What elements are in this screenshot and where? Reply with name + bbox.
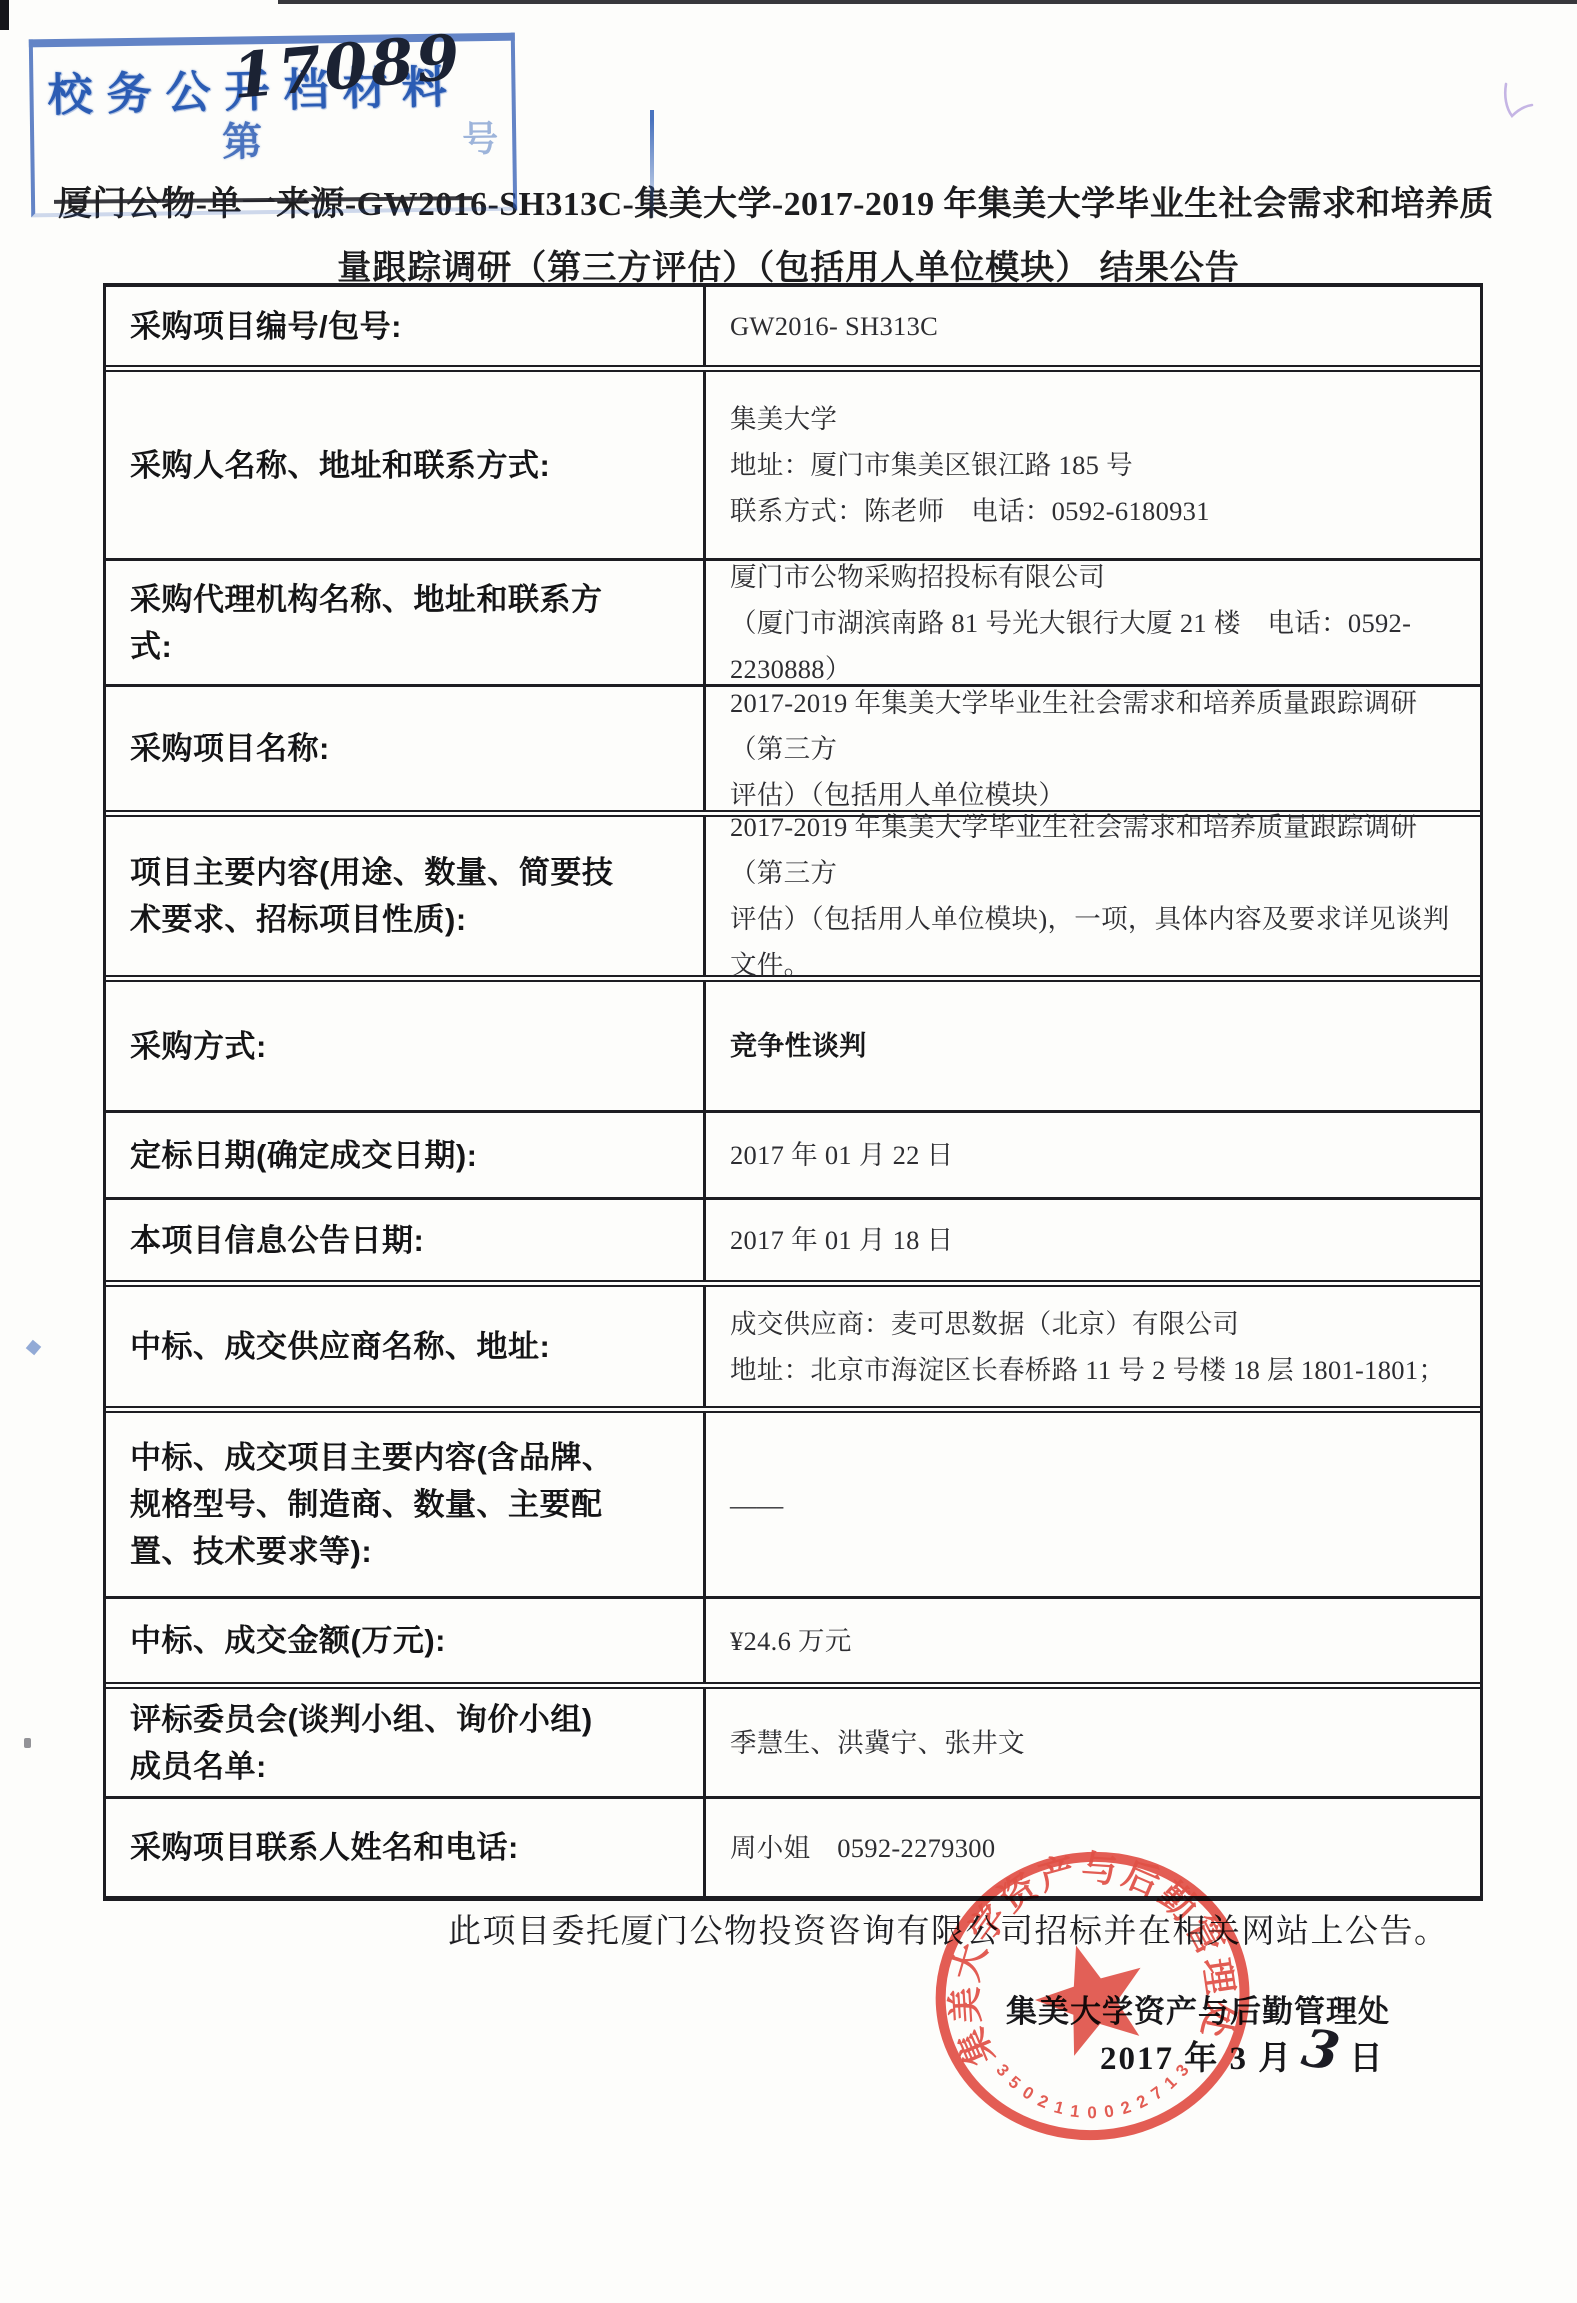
issue-date-suffix: 日 [1349,2032,1384,2079]
row-value: 2017-2019 年集美大学毕业生社会需求和培养质量跟踪调研（第三方 评估）（… [706,817,1480,975]
table-row: 采购项目名称: 2017-2019 年集美大学毕业生社会需求和培养质量跟踪调研（… [106,687,1480,817]
row-label: 项目主要内容(用途、数量、简要技 术要求、招标项目性质): [106,817,706,975]
table-row: 中标、成交金额(万元): ¥24.6 万元 [106,1599,1480,1689]
row-label: 定标日期(确定成交日期): [106,1113,706,1197]
row-label: 采购项目联系人姓名和电话: [106,1799,706,1896]
row-value: 成交供应商：麦可思数据（北京）有限公司 地址：北京市海淀区长春桥路 11 号 2… [706,1287,1480,1406]
row-label: 本项目信息公告日期: [106,1200,706,1280]
row-label: 采购代理机构名称、地址和联系方 式: [106,561,706,684]
handwritten-check-mark [1498,82,1534,122]
table-row: 本项目信息公告日期: 2017 年 01 月 18 日 [106,1200,1480,1287]
row-label: 中标、成交供应商名称、地址: [106,1287,706,1406]
row-value: 2017 年 01 月 22 日 [706,1113,1480,1197]
row-value: ¥24.6 万元 [706,1599,1480,1682]
row-label: 采购方式: [106,982,706,1110]
ink-streak [650,110,654,218]
row-value: GW2016- SH313C [706,287,1480,365]
row-value: 竞争性谈判 [706,982,1480,1110]
official-red-seal: 集美大学资产与后勤管理处 3502110022713 [915,1832,1271,2170]
seal-star-icon [1023,1929,1159,2062]
scanned-document-page: 校务公开档材料 第 号 17089 厦门公物-单一来源-GW2016-SH313… [0,0,1577,2303]
archive-stamp-number-prefix: 第 [222,110,263,168]
ink-speck [26,1340,41,1355]
row-label: 采购项目名称: [106,687,706,810]
ink-speck [24,1738,31,1748]
scan-edge-artifact [278,0,1577,4]
document-title-line2: 量跟踪调研（第三方评估）（包括用人单位模块） 结果公告 [0,240,1577,289]
row-value: 2017 年 01 月 18 日 [706,1200,1480,1280]
table-row: 中标、成交供应商名称、地址: 成交供应商：麦可思数据（北京）有限公司 地址：北京… [106,1287,1480,1413]
row-label: 评标委员会(谈判小组、询价小组) 成员名单: [106,1689,706,1796]
table-row: 项目主要内容(用途、数量、简要技 术要求、招标项目性质): 2017-2019 … [106,817,1480,982]
table-row: 采购项目联系人姓名和电话: 周小姐 0592-2279300 [106,1799,1480,1896]
table-row: 评标委员会(谈判小组、询价小组) 成员名单: 季慧生、洪冀宁、张井文 [106,1689,1480,1799]
row-label: 采购项目编号/包号: [106,287,706,365]
row-value: 集美大学 地址：厦门市集美区银江路 185 号 联系方式：陈老师 电话：0592… [706,372,1480,558]
row-value: —— [706,1413,1480,1596]
table-row: 中标、成交项目主要内容(含品牌、 规格型号、制造商、数量、主要配 置、技术要求等… [106,1413,1480,1599]
scan-corner-artifact [0,0,9,30]
row-value: 厦门市公物采购招投标有限公司 （厦门市湖滨南路 81 号光大银行大厦 21 楼 … [706,561,1480,684]
archive-stamp-number-suffix: 号 [462,111,499,162]
table-row: 定标日期(确定成交日期): 2017 年 01 月 22 日 [106,1113,1480,1200]
row-value: 季慧生、洪冀宁、张井文 [706,1689,1480,1796]
table-row: 采购人名称、地址和联系方式: 集美大学 地址：厦门市集美区银江路 185 号 联… [106,372,1480,561]
table-row: 采购方式: 竞争性谈判 [106,982,1480,1113]
procurement-result-table: 采购项目编号/包号: GW2016- SH313C 采购人名称、地址和联系方式:… [103,283,1483,1901]
row-label: 中标、成交金额(万元): [106,1599,706,1682]
table-row: 采购项目编号/包号: GW2016- SH313C [106,287,1480,372]
row-value: 2017-2019 年集美大学毕业生社会需求和培养质量跟踪调研（第三方 评估）（… [706,687,1480,810]
row-label: 中标、成交项目主要内容(含品牌、 规格型号、制造商、数量、主要配 置、技术要求等… [106,1413,706,1596]
row-label: 采购人名称、地址和联系方式: [106,372,706,558]
table-row: 采购代理机构名称、地址和联系方 式: 厦门市公物采购招投标有限公司 （厦门市湖滨… [106,561,1480,687]
handwritten-day: 3 [1300,2031,1344,2071]
